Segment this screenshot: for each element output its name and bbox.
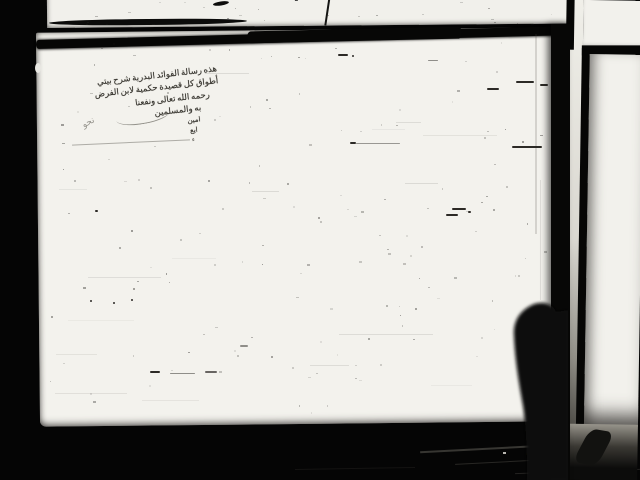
dust-speck [308,377,311,378]
dust-speck [172,258,215,259]
dust-speck [166,273,168,275]
dust-speck [368,338,370,340]
dust-speck [466,211,469,213]
dust-speck [386,305,388,307]
dust-speck [203,334,206,335]
dust-speck [379,235,381,236]
crease-line [324,0,331,25]
dust-speck [381,124,382,126]
vertical-crease [540,180,541,300]
dust-speck [101,48,103,49]
dust-speck [484,137,486,139]
dust-speck [454,277,457,279]
dust-speck [551,14,552,15]
dust-speck [402,325,404,327]
dust-speck [320,221,322,222]
dust-speck [320,341,322,342]
dust-speck [68,213,70,214]
dust-speck [531,24,534,25]
dust-speck [222,208,225,210]
dust-speck [208,180,210,182]
dust-speck [292,367,294,369]
dust-speck [399,306,401,307]
dust-speck [481,202,483,203]
dust-speck [316,373,318,375]
dust-speck [133,288,135,290]
dust-speck [384,199,386,201]
dust-speck [93,401,96,403]
dust-speck [150,187,152,189]
dust-speck [527,223,529,225]
scratch-line [356,143,400,144]
dust-speck [339,334,432,335]
dust-speck [406,235,408,237]
dust-speck [299,405,300,407]
dust-speck [249,182,250,184]
dust-speck [124,181,126,182]
scratch-line [170,373,195,374]
dust-speck [431,385,472,386]
dust-speck [460,2,463,3]
dust-speck [296,297,298,298]
dust-speck [298,57,300,58]
dust-speck [61,124,64,126]
dust-speck [310,365,348,366]
dust-speck [59,189,88,190]
dust-speck [266,99,269,101]
dust-speck [152,24,155,25]
dust-speck [422,14,424,15]
dust-speck [488,8,490,9]
dust-speck [138,179,140,181]
dust-speck [142,400,199,401]
ink-blemish [428,60,438,61]
dust-speck [237,355,239,356]
ink-blemish [516,81,534,83]
page-edge-notch [35,63,41,73]
dust-speck [95,16,97,17]
dust-speck [94,64,96,66]
dust-speck [360,131,362,132]
dust-speck [287,183,289,185]
dust-speck [184,2,187,3]
dust-speck [258,9,260,10]
ink-blemish [240,345,248,347]
dust-speck [77,111,80,113]
dust-speck [437,298,440,299]
ink-blemish [512,146,542,148]
ink-blemish [540,84,548,86]
dust-speck [203,7,205,8]
dust-speck [403,263,406,265]
dust-speck [199,233,201,234]
dust-speck [494,329,495,330]
dust-speck [234,350,237,352]
ink-blemish [95,210,98,212]
ink-blemish [131,299,133,301]
dust-speck [506,186,508,188]
dust-speck [242,261,243,263]
dust-speck [74,180,75,182]
dust-speck [427,208,429,209]
dust-speck [327,405,328,406]
dust-speck [481,337,483,339]
dust-speck [465,61,467,62]
dust-speck [50,381,51,383]
dust-speck [133,55,136,56]
dust-speck [415,308,416,310]
dust-speck [171,370,173,371]
dust-speck [88,277,161,278]
dust-speck [307,264,310,266]
dust-speck [423,135,497,136]
dust-speck [209,49,210,51]
ink-blemish [113,302,115,304]
scratch-line [295,467,415,470]
dust-speck [505,129,506,130]
dust-speck [486,196,488,198]
dust-speck [340,195,342,196]
dust-speck [400,315,402,317]
dust-speck [337,354,339,356]
dust-speck [413,339,415,340]
dust-speck [410,255,412,257]
dust-speck [299,93,300,95]
dust-speck [359,380,362,381]
dust-speck [149,385,151,387]
dust-speck [515,275,517,277]
dust-speck [264,20,265,21]
dust-speck [327,15,329,16]
dust-speck [496,71,498,73]
dust-speck [159,2,161,3]
dust-speck [491,19,493,20]
dust-speck [63,363,65,364]
facing-page-content [584,54,640,427]
dust-speck [251,337,253,338]
dust-speck [493,209,494,211]
dust-speck [388,253,391,254]
dust-speck [501,42,502,44]
dust-speck [341,130,343,131]
dust-speck [396,125,398,126]
dust-speck [106,24,107,25]
dust-speck [293,206,295,208]
dust-speck [215,327,217,328]
dust-speck [358,16,360,17]
dust-speck [86,24,88,25]
dust-speck [335,48,337,49]
dust-speck [229,49,230,51]
dust-speck [517,23,518,24]
dust-speck [522,141,524,143]
dust-speck [68,320,133,321]
dust-speck [188,352,190,353]
dust-speck [421,246,423,248]
dust-speck [457,90,460,91]
dust-speck [492,300,494,302]
ink-blemish [90,300,92,302]
dust-speck [150,267,152,268]
dust-speck [227,18,229,19]
ink-blemish [295,0,298,1]
dust-speck [235,8,236,9]
dust-speck [399,109,401,111]
dust-speck [119,247,121,248]
dust-speck [56,354,97,355]
dust-speck [131,230,133,232]
manuscript-scan-frame: هذه رسالة الفوائد البدرية شرح بيتي أطواق… [0,0,640,480]
dust-speck [63,169,64,170]
dust-speck [428,287,431,288]
ink-blemish [487,88,499,90]
dust-speck [452,101,453,103]
dust-speck [169,282,170,283]
dust-speck [133,355,135,357]
dust-speck [259,165,261,166]
dust-speck [263,198,265,199]
dust-speck [90,93,93,94]
dust-speck [262,245,264,246]
finger-shadow [498,300,568,480]
dust-speck [330,308,333,310]
dust-speck [405,183,438,184]
dust-speck [55,393,127,394]
dust-speck [540,135,543,136]
dust-speck [300,273,302,275]
dust-speck [442,188,443,190]
dust-speck [309,144,311,146]
dust-speck [372,129,406,130]
dust-speck [354,216,357,217]
dust-speck [250,106,251,108]
dust-speck [239,15,242,16]
dust-speck [518,275,520,277]
ink-blemish [213,0,229,6]
facing-page-top-margin [583,0,640,48]
dust-speck [305,58,306,59]
dust-speck [51,316,53,318]
dust-speck [525,258,527,259]
ink-blemish [446,214,458,216]
dust-speck [252,191,278,192]
dust-speck [487,131,489,132]
ink-blemish [338,54,348,56]
ink-blemish [452,208,466,210]
dust-speck [318,217,319,218]
dust-speck [108,159,109,161]
dust-speck [476,356,478,357]
ink-blemish [205,371,217,373]
dust-speck [359,261,362,263]
dust-speck [271,356,273,358]
dust-speck [376,15,378,16]
dust-speck [380,364,382,366]
dust-speck [355,378,357,379]
dust-speck [271,56,272,58]
dust-speck [419,278,420,279]
dust-speck [137,281,139,282]
dust-speck [475,231,476,232]
dust-speck [261,58,262,59]
ink-blemish [352,55,354,57]
dust-speck [83,287,85,289]
dust-speck [219,371,222,373]
vertical-crease [535,34,537,234]
dust-speck [361,211,363,213]
dust-speck [214,264,216,266]
dust-speck [347,209,350,211]
dust-speck [311,412,312,414]
dust-speck [62,143,64,144]
ink-blemish [150,371,160,373]
dust-speck [494,164,496,166]
dust-speck [180,239,182,241]
dust-speck [113,43,114,45]
dust-speck [494,22,496,23]
dust-speck [128,12,130,13]
dust-speck [269,108,271,110]
dust-speck [387,249,389,251]
dust-speck [544,251,547,252]
dust-speck [396,122,421,123]
facing-page [562,0,640,480]
dust-speck [355,365,357,366]
dust-speck [262,264,264,266]
